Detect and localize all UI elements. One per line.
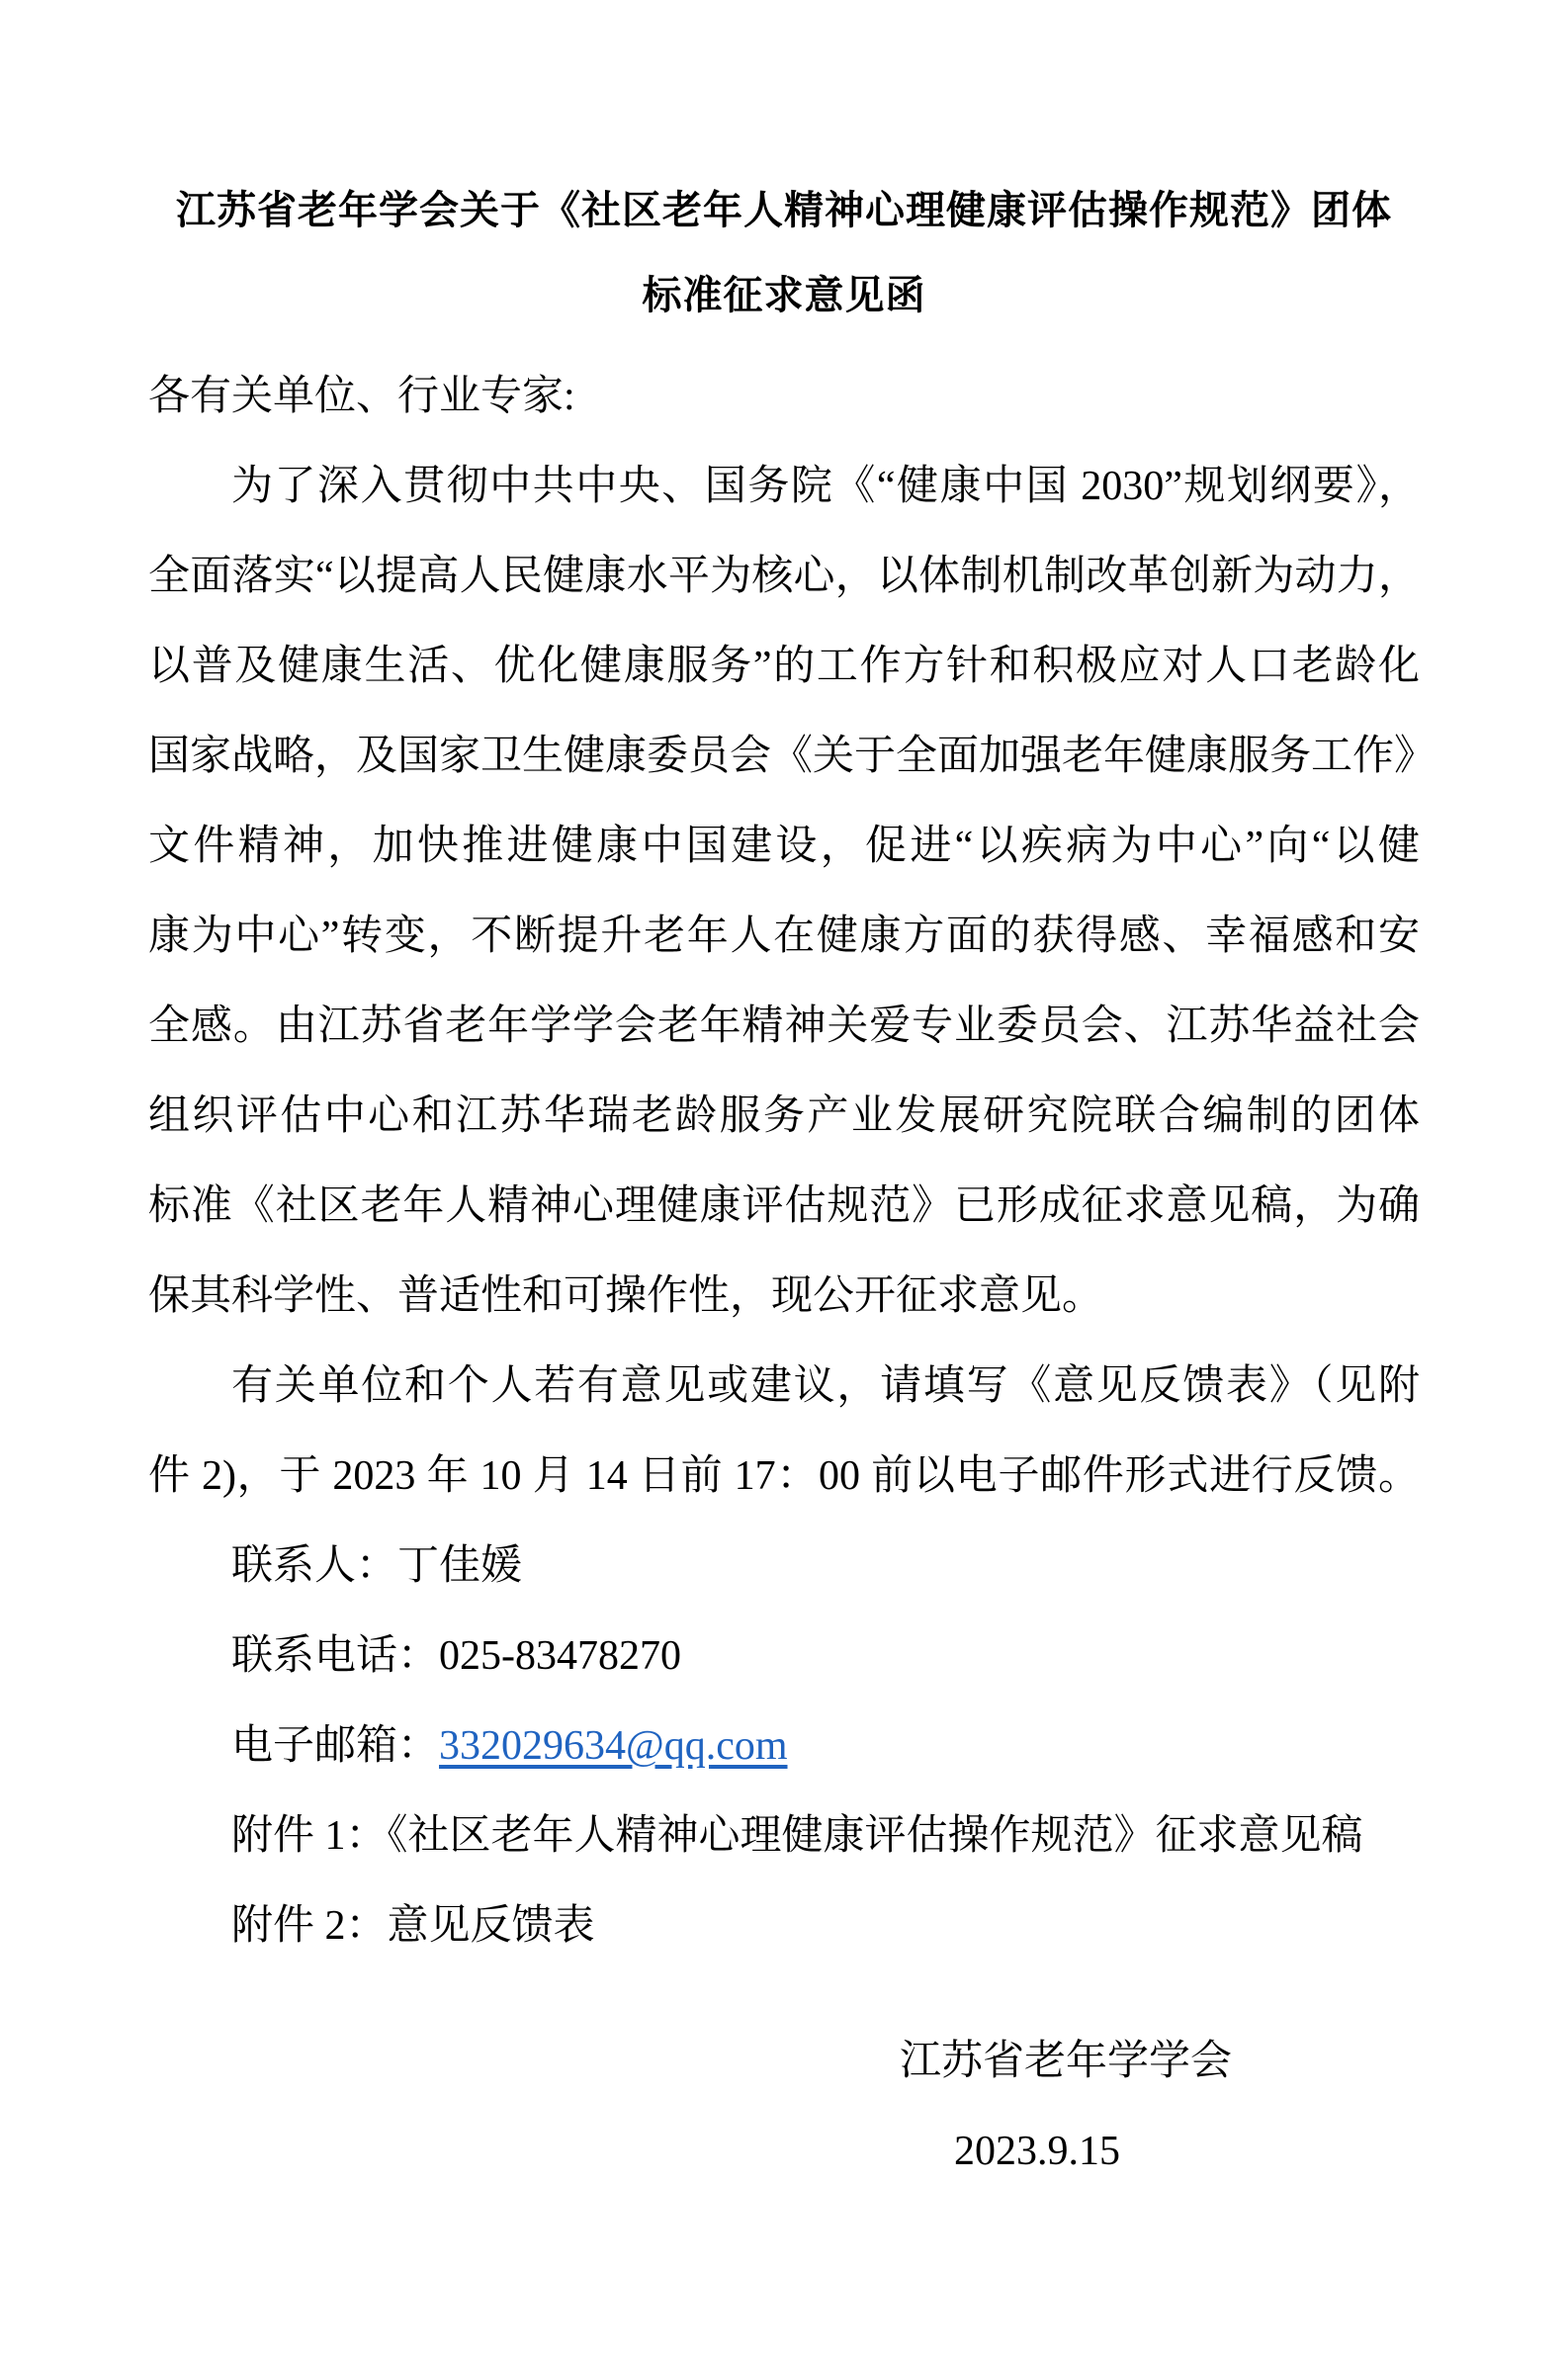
document-title-line-1: 江苏省老年学会关于《社区老年人精神心理健康评估操作规范》团体 [148,168,1420,253]
contact-email-line: 电子邮箱：332029634@qq.com [148,1702,1420,1791]
contact-phone-line: 联系电话：025-83478270 [148,1612,1420,1702]
attachments-block: 附件 1：《社区老年人精神心理健康评估操作规范》征求意见稿 附件 2：意见反馈表 [148,1791,1420,1971]
contact-phone-value: 025-83478270 [439,1633,681,1679]
paragraph-2: 有关单位和个人若有意见或建议，请填写《意见反馈表》（见附 件 2)，于 2023… [148,1342,1420,1522]
paragraph-1-line: 为了深入贯彻中共中央、国务院《“健康中国 2030”规划纲要》， [148,442,1420,532]
paragraph-1-line: 全面落实“以提高人民健康水平为核心，以体制机制改革创新为动力， [148,532,1420,622]
attachment-2-line: 附件 2：意见反馈表 [148,1881,1420,1971]
paragraph-1-line: 文件精神，加快推进健康中国建设，促进“以疾病为中心”向“以健 [148,802,1420,892]
contact-phone-label: 联系电话： [231,1633,439,1679]
paragraph-1-line: 保其科学性、普适性和可操作性，现公开征求意见。 [148,1252,1420,1342]
paragraph-2-line: 有关单位和个人若有意见或建议，请填写《意见反馈表》（见附 [148,1342,1420,1432]
paragraph-1-line: 组织评估中心和江苏华瑞老龄服务产业发展研究院联合编制的团体 [148,1072,1420,1162]
document-title-line-2: 标准征求意见函 [148,253,1420,338]
paragraph-1-line: 国家战略，及国家卫生健康委员会《关于全面加强老年健康服务工作》 [148,712,1420,802]
paragraph-1-line: 标准《社区老年人精神心理健康评估规范》已形成征求意见稿，为确 [148,1162,1420,1252]
salutation: 各有关单位、行业专家: [148,352,1420,442]
paragraph-2-line: 件 2)，于 2023 年 10 月 14 日前 17：00 前以电子邮件形式进… [148,1432,1420,1522]
contact-block: 联系人：丁佳媛 联系电话：025-83478270 电子邮箱：332029634… [148,1522,1420,1791]
contact-person-line: 联系人：丁佳媛 [148,1522,1420,1612]
contact-email-label: 电子邮箱： [231,1723,439,1769]
signature-date: 2023.9.15 [148,2107,1420,2197]
paragraph-1-line: 康为中心”转变，不断提升老年人在健康方面的获得感、幸福感和安 [148,892,1420,982]
contact-person-label: 联系人： [231,1543,397,1589]
paragraph-1: 为了深入贯彻中共中央、国务院《“健康中国 2030”规划纲要》， 全面落实“以提… [148,442,1420,1342]
document-page: 江苏省老年学会关于《社区老年人精神心理健康评估操作规范》团体 标准征求意见函 各… [0,0,1568,2358]
paragraph-1-line: 全感。由江苏省老年学学会老年精神关爱专业委员会、江苏华益社会 [148,982,1420,1072]
signature-organization: 江苏省老年学学会 [148,2017,1420,2107]
attachment-1-line: 附件 1：《社区老年人精神心理健康评估操作规范》征求意见稿 [148,1791,1420,1881]
email-link[interactable]: 332029634@qq.com [439,1723,788,1769]
paragraph-1-line: 以普及健康生活、优化健康服务”的工作方针和积极应对人口老龄化 [148,622,1420,712]
contact-person-value: 丁佳媛 [397,1543,522,1589]
